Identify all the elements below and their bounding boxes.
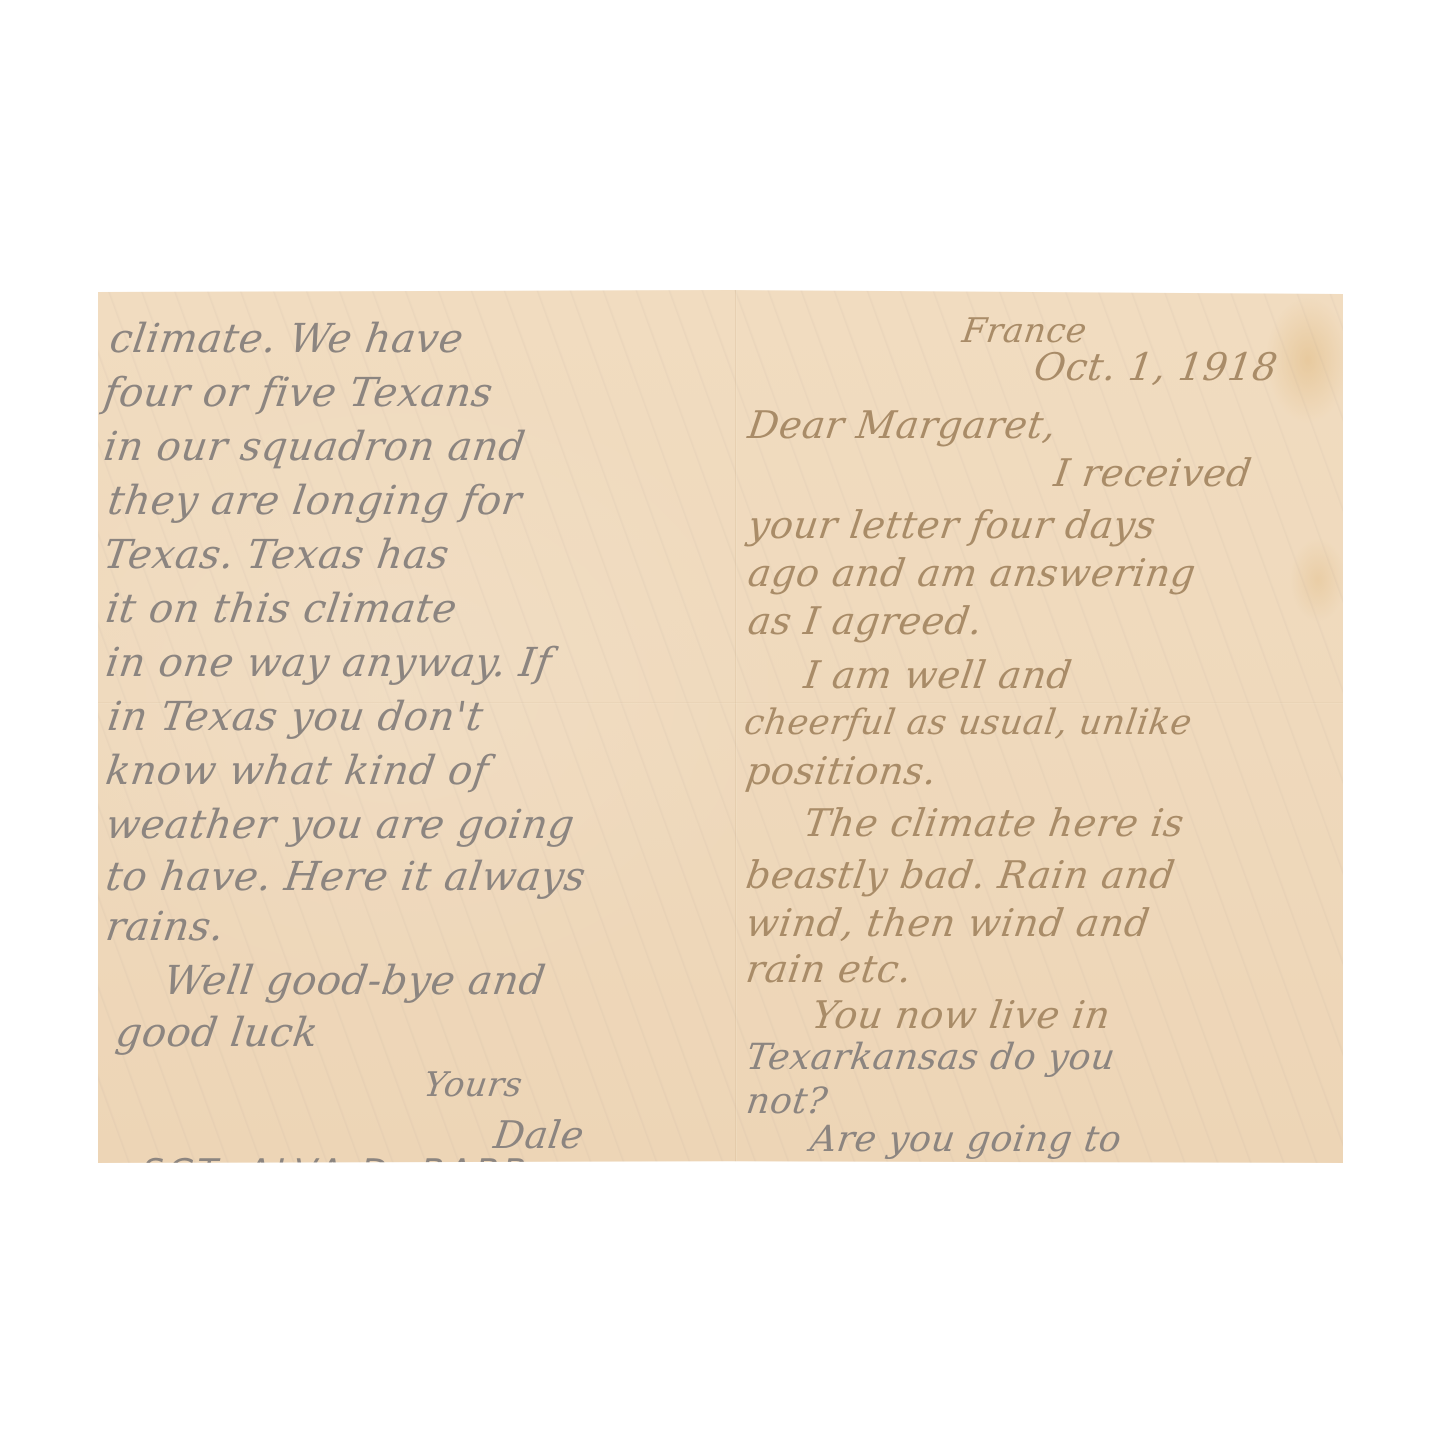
letter-line: four or five Texans [100, 366, 496, 420]
sender-unit: 22 AERO SQDN [330, 1202, 615, 1237]
letter-line: rain etc. [743, 944, 915, 994]
letter-line: in Texas you don't [104, 690, 486, 744]
letter-date: Oct. 1, 1918 [1031, 342, 1281, 392]
closing-line: Well good-bye and [160, 954, 549, 1008]
letter-line: they are longing for [104, 474, 525, 528]
letter-line: I received [1051, 448, 1255, 498]
letter-line: (Pardon my use of a [744, 1196, 1102, 1240]
signoff: Yours [420, 1058, 526, 1112]
letter-line: to have. Here it always [102, 850, 589, 904]
letter-line: beastly bad. Rain and [743, 850, 1178, 900]
letter-line: ago and am answering [745, 548, 1199, 598]
letter-line: climate. We have [106, 312, 467, 366]
sender-force: A.E.F. [430, 1248, 536, 1281]
letter-line: in one way anyway. If [102, 636, 555, 690]
right-page: France Oct. 1, 1918 Dear Margaret, I rec… [738, 290, 1343, 1163]
letter-line: positions. [743, 746, 940, 796]
letter-line: it on this climate [102, 582, 460, 636]
letter-line: weather you are going [102, 798, 578, 852]
letter-line: Texarkansas do you [743, 1034, 1118, 1082]
salutation: Dear Margaret, [745, 400, 1060, 450]
letter-line: cheerful as usual, unlike [741, 698, 1195, 748]
letter-line: as I agreed. [745, 596, 986, 646]
letter-line: wind, then wind and [743, 898, 1153, 948]
closing-line: good luck [112, 1006, 321, 1060]
letter-line: rains. [102, 900, 227, 954]
letter-line: high school this winter? [744, 1156, 1175, 1200]
letter-line: in our squadron and [100, 420, 528, 474]
letter-line: your letter four days [745, 500, 1159, 550]
letter-line: know what kind of [102, 744, 492, 798]
letter-sheet: climate. We have four or five Texans in … [98, 290, 1343, 1163]
left-page: climate. We have four or five Texans in … [98, 290, 736, 1163]
letter-line: The climate here is [801, 798, 1187, 848]
letter-line: Texas. Texas has [100, 528, 452, 582]
letter-line: You now live in [809, 990, 1114, 1040]
letter-line: I am well and [801, 650, 1075, 700]
sender-name: SGT. ALVA D. BABB [138, 1152, 534, 1192]
